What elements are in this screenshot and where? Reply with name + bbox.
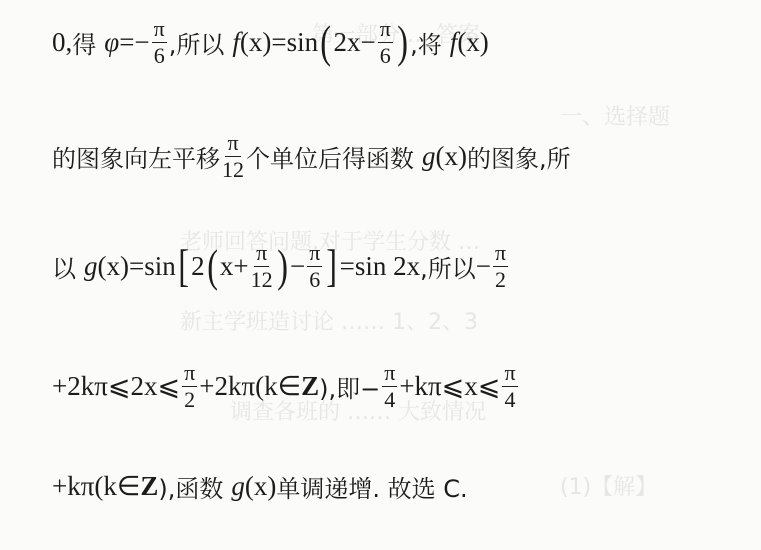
solution-line-5: +kπ(k∈ Z ),函数 g (x) 单调递增. 故选 C.	[52, 456, 468, 516]
text-segment: ),即−	[319, 369, 380, 404]
fraction: π 6	[307, 241, 322, 290]
fraction-denominator: 12	[222, 157, 244, 181]
fraction: π 4	[382, 361, 397, 410]
math-operator: −	[476, 251, 491, 282]
left-bracket: [	[178, 243, 189, 289]
bleed-through-text: 一、选择题	[560, 100, 670, 131]
math-expression: (x)	[436, 141, 467, 172]
math-expression: =sin 2x	[340, 251, 421, 282]
text-segment: 以	[52, 249, 76, 284]
integers-symbol: Z	[140, 471, 158, 502]
math-operator: =sin	[129, 251, 176, 282]
fraction: π 6	[378, 17, 393, 66]
solution-line-3: 以 g (x) =sin [ 2 ( x+ π 12 ) − π 6 ] =si…	[52, 236, 510, 296]
math-operator: =sin	[271, 27, 318, 58]
fraction-denominator: 4	[504, 387, 515, 411]
fraction-numerator: π	[378, 17, 393, 42]
integers-symbol: Z	[301, 371, 319, 402]
text-segment: 得	[72, 25, 96, 60]
solution-line-1: 0, 得 φ =− π 6 ,所以 f (x) =sin ( 2x− π 6 )…	[52, 12, 489, 72]
fraction: π 12	[251, 241, 273, 290]
fraction-numerator: π	[152, 17, 167, 42]
fraction-denominator: 2	[184, 387, 195, 411]
math-expression: +kπ(k∈	[52, 471, 140, 502]
math-variable: g	[422, 141, 436, 172]
math-expression: (x)	[457, 27, 488, 58]
fraction: π 2	[493, 241, 508, 290]
text-segment: 0,	[52, 27, 72, 58]
fraction: π 4	[502, 361, 517, 410]
text-segment: 的图象,所	[467, 139, 571, 174]
solution-line-4: +2kπ⩽2x⩽ π 2 +2kπ(k∈ Z ),即− π 4 +kπ⩽x⩽ π…	[52, 356, 520, 416]
fraction-numerator: π	[307, 241, 322, 266]
right-bracket: ]	[327, 243, 338, 289]
math-variable: φ	[104, 27, 119, 58]
conclusion-text: 单调递增. 故选 C.	[276, 469, 467, 504]
math-expression: (x)	[240, 27, 271, 58]
fraction-denominator: 12	[251, 267, 273, 291]
math-operator: =−	[119, 27, 149, 58]
math-expression: +2kπ⩽2x⩽	[52, 371, 180, 402]
math-variable: f	[450, 27, 458, 58]
math-expression: +kπ⩽x⩽	[399, 371, 500, 402]
fraction-numerator: π	[225, 131, 240, 156]
right-paren: )	[277, 243, 288, 289]
text-segment: ),函数	[158, 469, 223, 504]
left-paren: (	[320, 19, 331, 65]
math-variable: f	[232, 27, 240, 58]
fraction-numerator: π	[382, 361, 397, 386]
fraction-numerator: π	[493, 241, 508, 266]
text-segment: ,所以	[420, 249, 476, 284]
fraction-denominator: 4	[384, 387, 395, 411]
text-segment: ,将	[410, 25, 442, 60]
math-expression: (x)	[245, 471, 276, 502]
fraction-denominator: 2	[495, 267, 506, 291]
fraction: π 6	[152, 17, 167, 66]
fraction: π 2	[182, 361, 197, 410]
left-paren: (	[207, 243, 218, 289]
math-expression: +2kπ(k∈	[199, 371, 301, 402]
bleed-through-text: 新主学班造讨论 …… 1、2、3	[180, 305, 478, 336]
math-variable: g	[231, 471, 245, 502]
text-segment: 的图象向左平移	[52, 139, 220, 174]
math-expression: x+	[220, 251, 249, 282]
math-variable: g	[84, 251, 98, 282]
fraction-numerator: π	[502, 361, 517, 386]
solution-line-2: 的图象向左平移 π 12 个单位后得函数 g (x) 的图象,所	[52, 126, 571, 186]
math-operator: −	[290, 251, 305, 282]
math-expression: 2x−	[333, 27, 375, 58]
text-segment: 个单位后得函数	[246, 139, 414, 174]
fraction-numerator: π	[182, 361, 197, 386]
math-expression: 2	[191, 251, 205, 282]
fraction: π 12	[222, 131, 244, 180]
right-paren: )	[397, 19, 408, 65]
math-expression: (x)	[98, 251, 129, 282]
fraction-numerator: π	[254, 241, 269, 266]
text-segment: ,所以	[169, 25, 225, 60]
fraction-denominator: 6	[380, 43, 391, 67]
bleed-through-text: (1)【解】	[560, 470, 657, 501]
fraction-denominator: 6	[309, 267, 320, 291]
fraction-denominator: 6	[154, 43, 165, 67]
